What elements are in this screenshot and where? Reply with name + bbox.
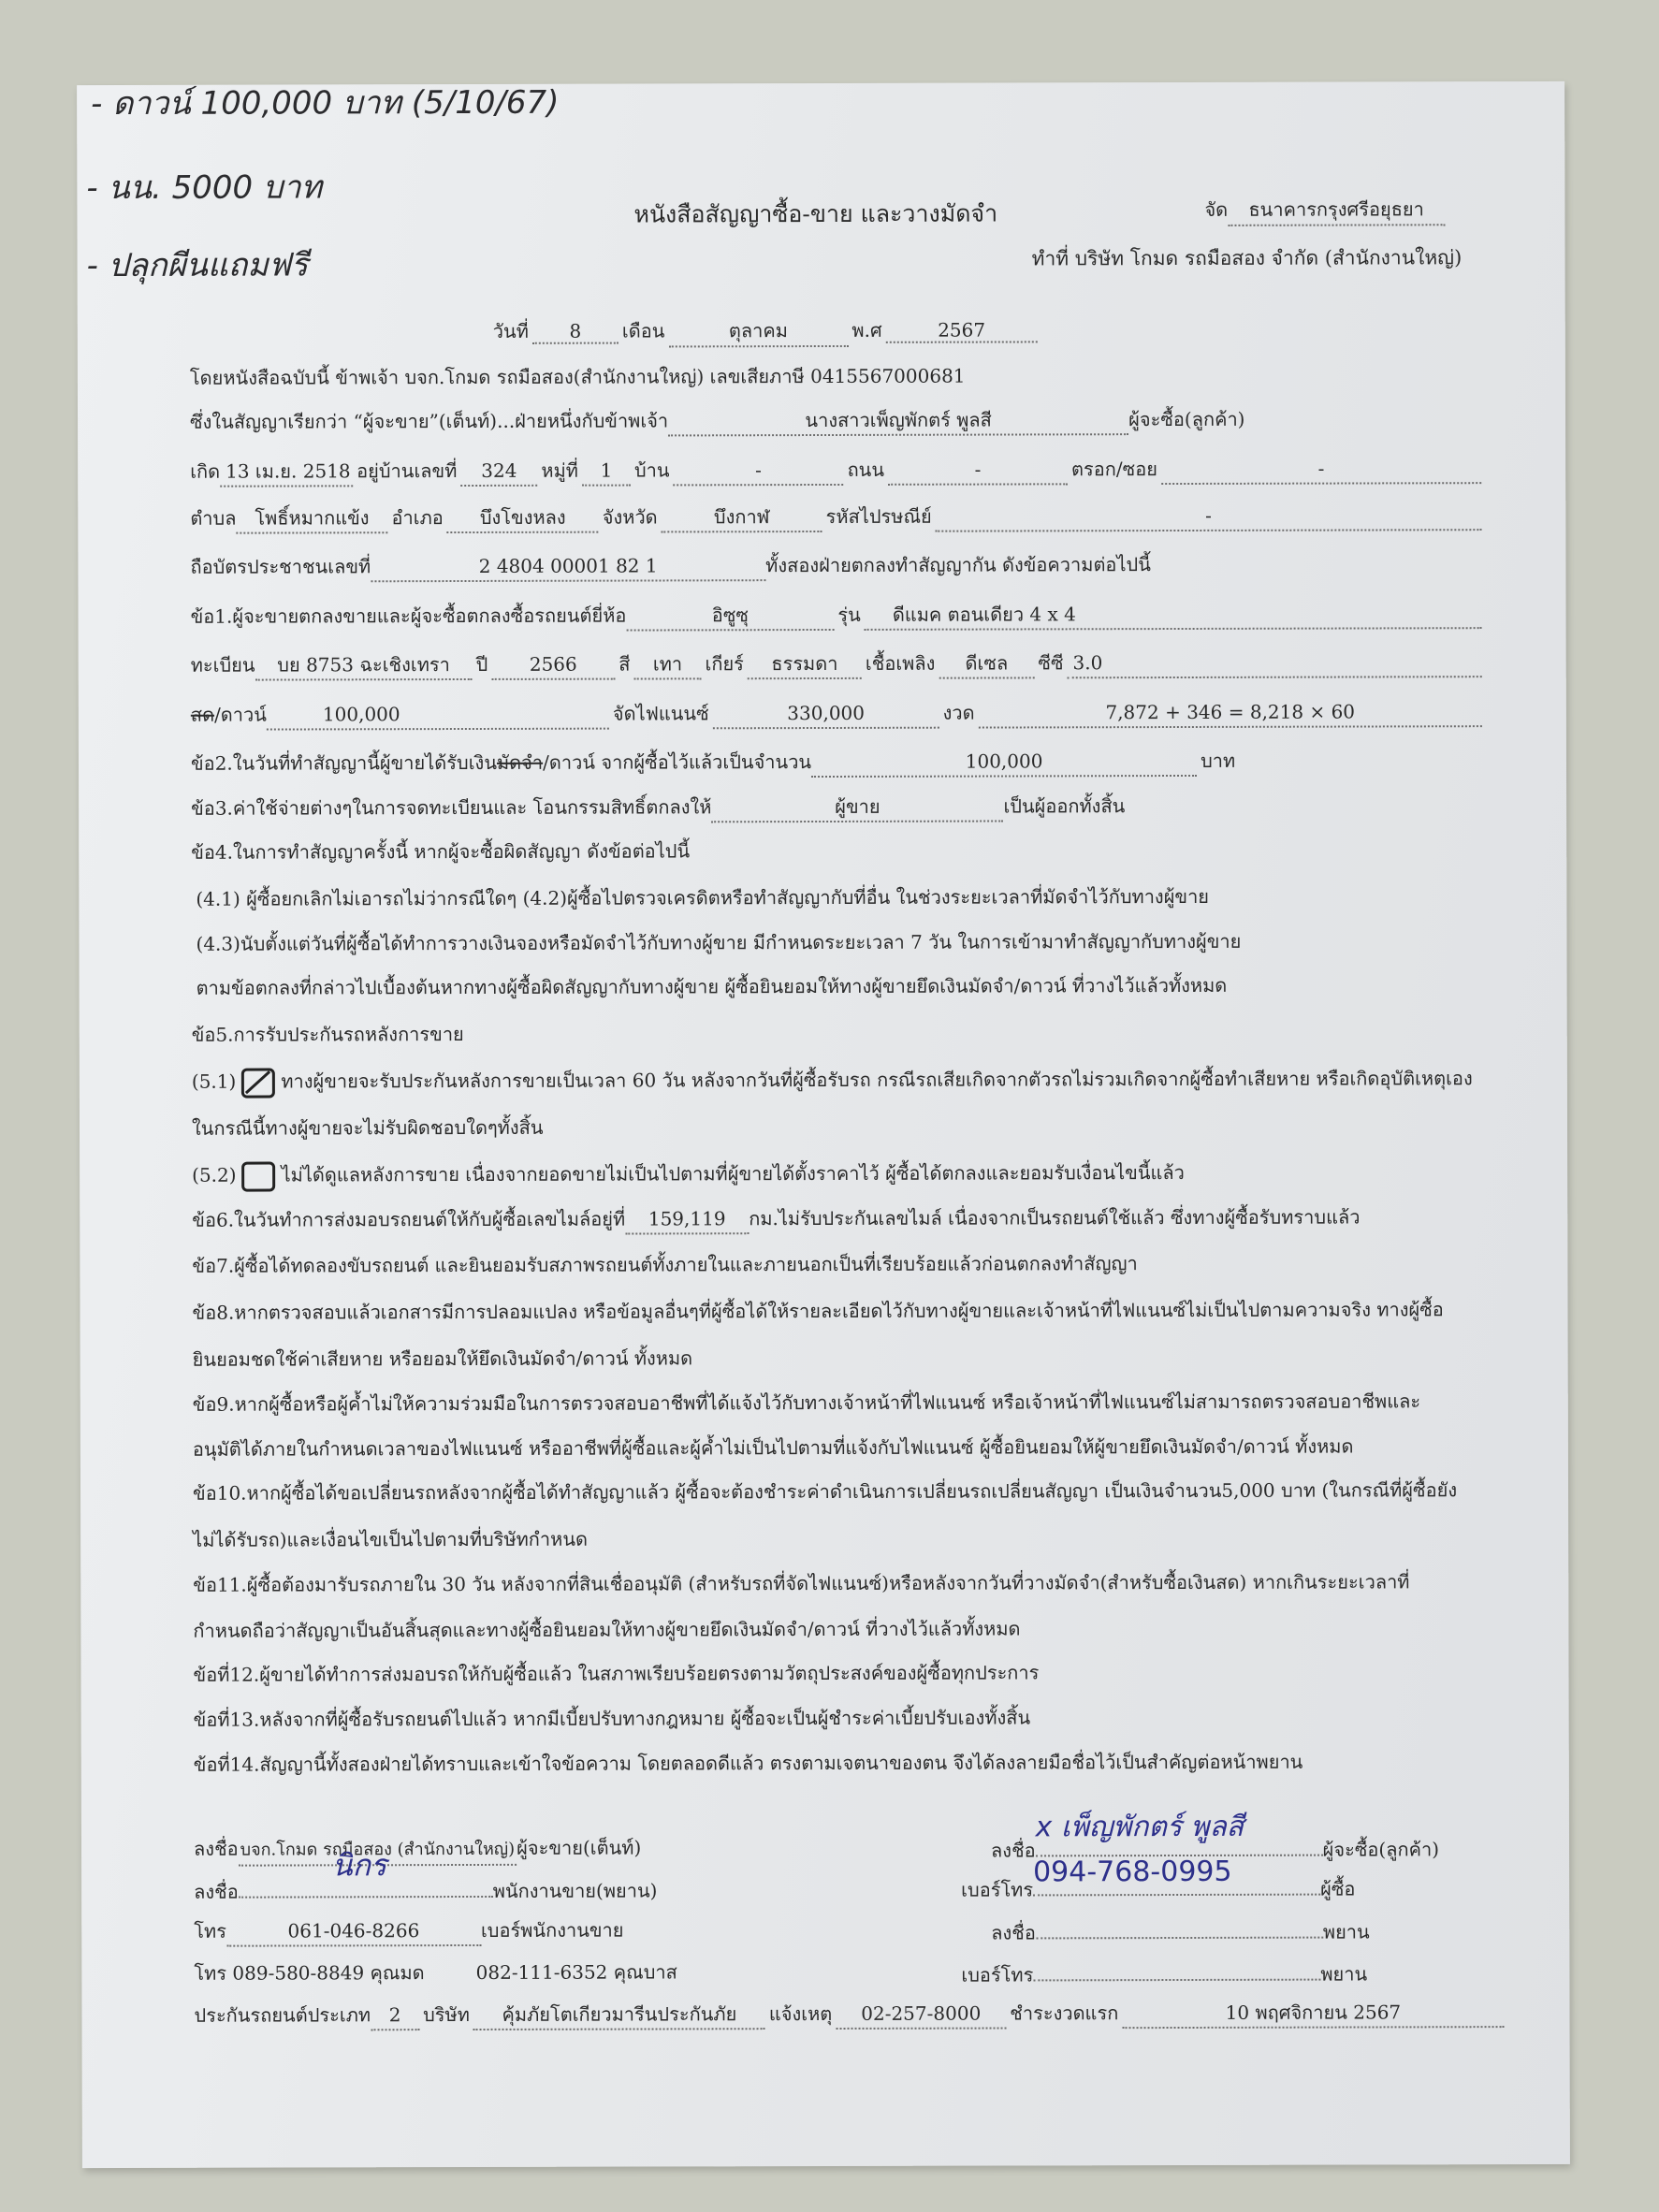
witness-phone-row: เบอร์โทร พยาน: [961, 1956, 1367, 1988]
model-field[interactable]: ดีแมค ตอนเดียว 4 x 4: [865, 599, 1482, 631]
buyer-sign-label: ลงชื่อ: [991, 1836, 1036, 1864]
address-line-1: เกิด 13 เม.ย. 2518 อยู่บ้านเลขที่ 324 หม…: [190, 454, 1481, 488]
id-card-field[interactable]: 2 4804 00001 82 1: [371, 551, 765, 582]
gear-label: เกียร์: [701, 649, 747, 677]
witness-phone-field[interactable]: [1033, 1957, 1320, 1982]
party-line: ซึ่งในสัญญาเรียกว่า “ผู้จะขาย”(เต็นท์)..…: [190, 404, 1481, 438]
model-label: รุ่น: [834, 601, 865, 629]
color-field[interactable]: เทา: [633, 649, 701, 679]
year-field[interactable]: 2567: [886, 318, 1038, 342]
finance-amount-label: จัดไฟแนนซ์: [609, 699, 713, 727]
clause-12: ข้อที่12.ผู้ขายได้ทำการส่งมอบรถให้กับผู้…: [193, 1657, 1493, 1689]
buyer-phone-field[interactable]: 094-768-0995: [1033, 1871, 1320, 1897]
id-card-label: ถือบัตรประชาชนเลขที่: [190, 552, 371, 581]
contact-1: โทร 089-580-8849 คุณมด: [194, 1958, 424, 1987]
buyer-signature: x เพ็ญพักตร์ พูลสี: [1036, 1813, 1244, 1842]
buyer-phone-value: 094-768-0995: [1033, 1858, 1232, 1887]
clause-4-consequence: ตามข้อตกลงที่กล่าวไปเบื้องต้นหากทางผู้ซื…: [196, 970, 1492, 1002]
color-label: สี: [615, 650, 633, 678]
salesperson-signature-field[interactable]: นิกร: [239, 1873, 493, 1899]
document-title: หนังสือสัญญาซื้อ-ขาย และวางมัดจำ: [633, 196, 997, 234]
clause-6-pre: ข้อ6.ในวันทำการส่งมอบรถยนต์ให้กับผู้ซื้อ…: [192, 1205, 625, 1234]
down-label: /ดาวน์: [214, 701, 267, 729]
buyer-phone-row: เบอร์โทร 094-768-0995 ผู้ซื้อ: [961, 1871, 1355, 1904]
salesperson-signature: นิกร: [332, 1851, 387, 1879]
clause-4-1: (4.1) ผู้ซื้อยกเลิกไม่เอารถไม่ว่ากรณีใดๆ…: [196, 881, 1492, 913]
cc-label: ซีซี: [1034, 648, 1067, 677]
fuel-field[interactable]: ดีเซล: [939, 648, 1034, 678]
clause-9: ข้อ9.หากผู้ซื้อหรือผู้ค้ำไม่ให้ความร่วมม…: [193, 1387, 1493, 1419]
clause-7: ข้อ7.ผู้ซื้อได้ทดลองขับรถยนต์ และยินยอมร…: [192, 1248, 1492, 1280]
soi-field[interactable]: -: [1161, 454, 1481, 485]
salesperson-sign-row: ลงชื่อ นิกร พนักงานขาย(พยาน): [194, 1872, 657, 1905]
buyer-phone-role: ผู้ซื้อ: [1320, 1875, 1355, 1903]
postcode-label: รหัสไปรษณีย์: [822, 502, 936, 531]
buyer-phone-label: เบอร์โทร: [961, 1875, 1033, 1903]
gear-field[interactable]: ธรรมดา: [748, 649, 862, 679]
claim-phone-field[interactable]: 02-257-8000: [836, 1999, 1006, 2029]
installment-label: งวด: [939, 699, 979, 727]
clause-13: ข้อที่13.หลังจากที่ผู้ซื้อรับรถยนต์ไปแล้…: [194, 1702, 1494, 1734]
insurance-company-label: บริษัท: [419, 2001, 473, 2029]
buyer-name-field[interactable]: นางสาวเพ็ญพักตร์ พูลสี: [668, 405, 1128, 436]
handwritten-note-freebie: - ปลุกผีนแถมฟรี: [87, 239, 309, 290]
clause-5-title: ข้อ5.การรับประกันรถหลังการขาย: [192, 1017, 1492, 1049]
village-field[interactable]: -: [674, 456, 844, 486]
contract-paper: - ดาวน์ 100,000 บาท (5/10/67) - นน. 5000…: [77, 81, 1570, 2168]
witness-phone-label: เบอร์โทร: [961, 1960, 1033, 1988]
day-label: วันที่: [489, 316, 532, 346]
finance-company-field[interactable]: ธนาคารกรุงศรีอยุธยา: [1228, 194, 1445, 226]
province-field[interactable]: บึงกาฬ: [662, 502, 822, 532]
clause-2-struck: มัดจำ: [497, 749, 543, 777]
insurance-line: ประกันรถยนต์ประเภท 2 บริษัท คุ้มภัยโตเกี…: [194, 1998, 1504, 2031]
clause-1-label: ข้อ1.ผู้จะขายตกลงขายและผู้จะซื้อตกลงซื้อ…: [191, 602, 627, 631]
clause-5-2-text: ไม่ได้ดูแลหลังการขาย เนื่องจากยอดขายไม่เ…: [282, 1161, 1185, 1186]
clause-8-cont: ยินยอมชดใช้ค่าเสียหาย หรือยอมให้ยึดเงินม…: [193, 1342, 1493, 1374]
address-line-2: ตำบล โพธิ์หมากแข้ง อำเภอ บึงโขงหลง จังหว…: [190, 501, 1481, 534]
clause-3-pre: ข้อ3.ค่าใช้จ่ายต่างๆในการจดทะเบียนและ โอ…: [191, 793, 711, 822]
clause-3-post: เป็นผู้ออกทั้งสิ้น: [1003, 792, 1125, 820]
witness-sign-field[interactable]: [1036, 1914, 1323, 1940]
clause-1-line: ข้อ1.ผู้จะขายตกลงขายและผู้จะซื้อตกลงซื้อ…: [191, 599, 1482, 633]
warranty-60-days-checkbox[interactable]: [241, 1068, 275, 1098]
clause-10: ข้อ10.หากผู้ซื้อได้ขอเปลี่ยนรถหลังจากผู้…: [193, 1476, 1493, 1507]
brand-field[interactable]: อิซูซุ: [626, 601, 834, 632]
road-label: ถนน: [844, 456, 889, 484]
party-prefix: ซึ่งในสัญญาเรียกว่า “ผู้จะขาย”(เต็นท์)..…: [190, 406, 668, 435]
no-warranty-checkbox[interactable]: [242, 1161, 276, 1191]
district-label: อำเภอ: [387, 503, 446, 531]
clause-2-line: ข้อ2.ในวันที่ทำสัญญานี้ผู้ขายได้รับเงินม…: [191, 746, 1482, 779]
vehicle-year-field[interactable]: 2566: [491, 650, 615, 680]
clause-3-payer-field[interactable]: ผู้ขาย: [711, 792, 1003, 822]
subdistrict-field[interactable]: โพธิ์หมากแข้ง: [236, 503, 387, 533]
salesperson-phone-role: เบอร์พนักงานขาย: [481, 1916, 624, 1944]
fuel-label: เชื้อเพลิง: [862, 649, 939, 677]
witness-sign-label: ลงชื่อ: [991, 1918, 1036, 1946]
down-payment-field[interactable]: 100,000: [267, 700, 609, 731]
first-payment-label: ชำระงวดแรก: [1006, 1999, 1122, 2027]
finance-company-row: จัด ธนาคารกรุงศรีอยุธยา: [1204, 194, 1445, 226]
moo-label: หมู่ที่: [537, 457, 582, 485]
month-field[interactable]: ตุลาคม: [668, 315, 848, 348]
reg-label: ทะเบียน: [191, 651, 255, 679]
clause-14: ข้อที่14.สัญญานี้ทั้งสองฝ่ายได้ทราบและเข…: [194, 1747, 1494, 1779]
clause-5-2: (5.2)ไม่ได้ดูแลหลังการขาย เนื่องจากยอดขา…: [192, 1157, 1492, 1191]
reg-field[interactable]: บย 8753 ฉะเชิงเทรา: [255, 650, 473, 681]
finance-amount-field[interactable]: 330,000: [713, 699, 939, 730]
mileage-field[interactable]: 159,119: [625, 1204, 749, 1234]
cc-field[interactable]: 3.0: [1067, 648, 1481, 678]
province-label: จังหวัด: [599, 502, 662, 531]
insurance-company-field[interactable]: คุ้มภัยโตเกียวมารีนประกันภัย: [473, 2000, 765, 2030]
salesperson-sign-label: ลงชื่อ: [194, 1878, 239, 1906]
born-field[interactable]: 13 เม.ย. 2518: [220, 457, 353, 487]
moo-field[interactable]: 1: [582, 457, 631, 487]
intro-text: โดยหนังสือฉบับนี้ ข้าพเจ้า บจก.โกมด รถมื…: [190, 362, 966, 392]
clause-2-amount-field[interactable]: 100,000: [811, 747, 1197, 778]
clause-11: ข้อ11.ผู้ซื้อต้องมารับรถภายใน 30 วัน หลั…: [193, 1567, 1493, 1599]
contact-row: โทร 089-580-8849 คุณมด 082-111-6352 คุณบ…: [194, 1957, 677, 1986]
insurance-type-label: ประกันรถยนต์ประเภท: [194, 2001, 371, 2029]
clause-2-unit: บาท: [1197, 747, 1239, 775]
clause-5-1-label: (5.1): [192, 1070, 236, 1093]
village-label: บ้าน: [631, 456, 674, 484]
subdistrict-label: ตำบล: [190, 504, 236, 532]
district-field[interactable]: บึงโขงหลง: [447, 503, 599, 533]
clause-4-title: ข้อ4.ในการทำสัญญาครั้งนี้ หากผู้จะซื้อผิ…: [191, 835, 1492, 866]
salesperson-phone-field[interactable]: 061-046-8266: [226, 1916, 481, 1947]
id-card-suffix: ทั้งสองฝ่ายตกลงทำสัญญากัน ดังข้อความต่อไ…: [765, 550, 1151, 579]
clause-2-post: /ดาวน์ จากผู้ซื้อไว้แล้วเป็นจำนวน: [543, 748, 811, 777]
clause-3-line: ข้อ3.ค่าใช้จ่ายต่างๆในการจดทะเบียนและ โอ…: [191, 791, 1482, 824]
clause-8: ข้อ8.หากตรวจสอบแล้วเอกสารมีการปลอมแปลง ห…: [192, 1295, 1492, 1327]
clause-2-pre: ข้อ2.ในวันที่ทำสัญญานี้ผู้ขายได้รับเงิน: [191, 749, 497, 778]
clause-5-1: (5.1)ทางผู้ขายจะรับประกันหลังการขายเป็นเ…: [192, 1064, 1492, 1098]
clause-5-1-text: ทางผู้ขายจะรับประกันหลังการขายเป็นเวลา 6…: [281, 1067, 1472, 1092]
insurance-type-field[interactable]: 2: [371, 2001, 419, 2030]
clause-6-line: ข้อ6.ในวันทำการส่งมอบรถยนต์ให้กับผู้ซื้อ…: [192, 1202, 1483, 1236]
clause-10-cont: ไม่ได้รับรถ)และเงื่อนไขเป็นไปตามที่บริษั…: [193, 1522, 1493, 1554]
buyer-role: ผู้จะซื้อ(ลูกค้า): [1323, 1835, 1439, 1863]
handwritten-note-fee: - นน. 5000 บาท: [86, 161, 322, 212]
clause-11-cont: กำหนดถือว่าสัญญาเป็นอันสิ้นสุดและทางผู้ซ…: [193, 1613, 1493, 1645]
party-suffix: ผู้จะซื้อ(ลูกค้า): [1128, 405, 1244, 433]
witness-role: พยาน: [1323, 1917, 1370, 1945]
witness-phone-role: พยาน: [1320, 1959, 1367, 1987]
salesperson-phone-label: โทร: [194, 1917, 226, 1945]
claim-label: แจ้งเหตุ: [765, 2000, 836, 2028]
witness-sign-row: ลงชื่อ พยาน: [991, 1914, 1370, 1946]
soi-label: ตรอก/ซอย: [1068, 455, 1161, 483]
seller-sign-row: ลงชื่อ บจก.โกมด รถมือสอง (สำนักงานใหญ่) …: [194, 1834, 641, 1867]
clause-9-cont: อนุมัติได้ภายในกำหนดเวลาของไฟแนนซ์ หรืออ…: [193, 1432, 1493, 1463]
handwritten-note-down-payment: - ดาวน์ 100,000 บาท (5/10/67): [91, 77, 559, 128]
salesperson-role: พนักงานขาย(พยาน): [493, 1876, 658, 1904]
contact-2: 082-111-6352 คุณบาส: [476, 1957, 677, 1986]
year-label: พ.ศ: [848, 315, 885, 345]
road-field[interactable]: -: [888, 455, 1068, 486]
installment-field[interactable]: 7,872 + 346 = 8,218 × 60: [979, 697, 1482, 728]
seller-role: ผู้จะขาย(เต็นท์): [517, 1834, 641, 1862]
house-no-field[interactable]: 324: [460, 457, 537, 487]
clause-5-1-cont: ในกรณีนี้ทางผู้ขายจะไม่รับผิดชอบใดๆทั้งส…: [192, 1111, 1492, 1142]
first-payment-field[interactable]: 10 พฤศจิกายน 2567: [1122, 1998, 1504, 2029]
date-row: วันที่ 8 เดือน ตุลาคม พ.ศ 2567: [489, 314, 1038, 348]
id-card-line: ถือบัตรประชาชนเลขที่ 2 4804 00001 82 1 ท…: [190, 549, 1481, 583]
salesperson-phone-row: โทร 061-046-8266 เบอร์พนักงานขาย: [194, 1916, 623, 1947]
postcode-field[interactable]: -: [936, 501, 1482, 532]
month-label: เดือน: [618, 315, 669, 345]
payment-line: สด/ดาวน์ 100,000 จัดไฟแนนซ์ 330,000 งวด …: [191, 697, 1482, 731]
seller-sign-label: ลงชื่อ: [194, 1835, 239, 1863]
made-at: ทำที่ บริษัท โกมด รถมือสอง จำกัด (สำนักง…: [1032, 242, 1463, 274]
clause-4-3: (4.3)นับตั้งแต่วันที่ผู้ซื้อได้ทำการวางเ…: [196, 926, 1492, 958]
day-field[interactable]: 8: [532, 320, 618, 344]
intro-line: โดยหนังสือฉบับนี้ ข้าพเจ้า บจก.โกมด รถมื…: [190, 360, 1481, 392]
buyer-signature-field[interactable]: x เพ็ญพักตร์ พูลสี: [1036, 1832, 1323, 1857]
house-no-label: อยู่บ้านเลขที่: [353, 457, 460, 485]
vehicle-year-label: ปี: [473, 650, 492, 678]
finance-label: จัด: [1204, 195, 1228, 225]
cash-label-struck: สด: [191, 701, 214, 729]
clause-5-2-label: (5.2): [192, 1164, 236, 1186]
born-label: เกิด: [190, 458, 220, 486]
clause-6-post: กม.ไม่รับประกันเลขไมล์ เนื่องจากเป็นรถยน…: [749, 1202, 1360, 1232]
vehicle-line: ทะเบียน บย 8753 ฉะเชิงเทรา ปี 2566 สี เท…: [191, 648, 1482, 681]
